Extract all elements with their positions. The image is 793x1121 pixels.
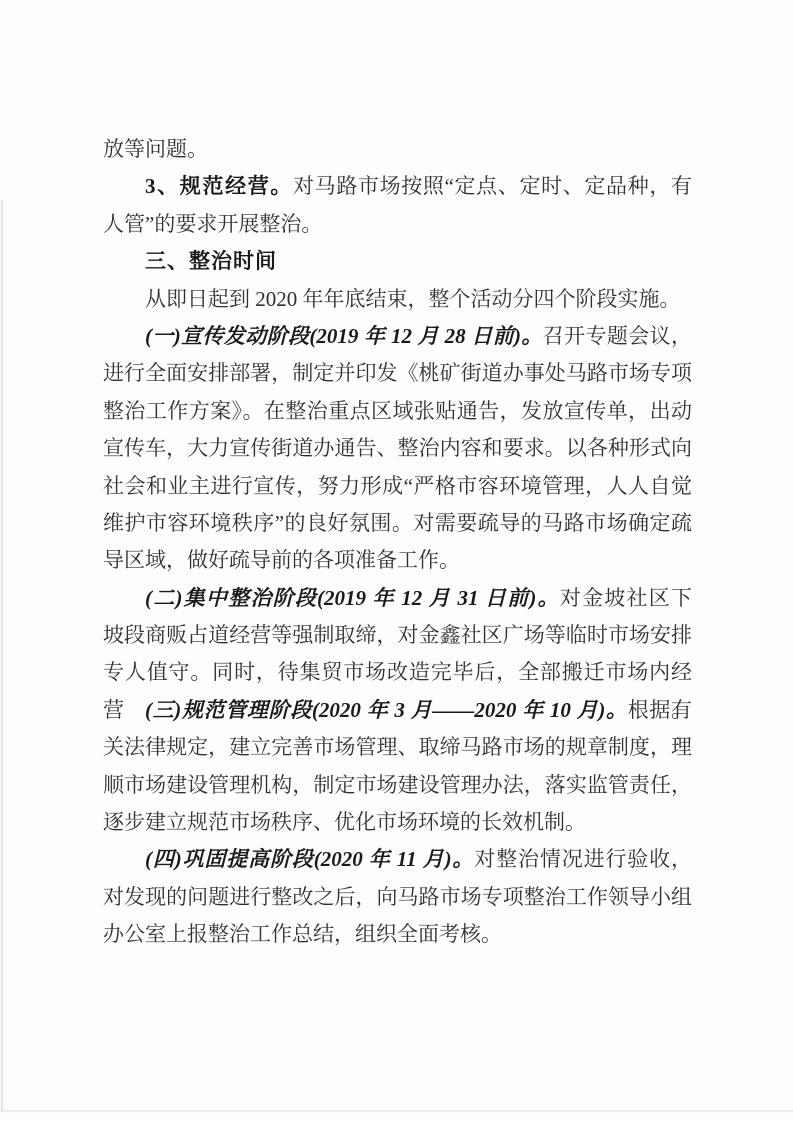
heading-segment: (二)集中整治阶段(2019 年 12 月 31 日前)。 — [145, 586, 560, 610]
text-segment: 逐步建立规范市场秩序、优化市场环境的长效机制。 — [103, 810, 586, 834]
text-segment: 宣传车，大力宣传街道办通告、整治内容和要求。以各种形式向 — [103, 436, 692, 460]
text-line: 从即日起到 2020 年年底结束，整个活动分四个阶段实施。 — [103, 281, 692, 318]
text-segment: 从即日起到 2020 年年底结束，整个活动分四个阶段实施。 — [145, 287, 681, 311]
text-line: 专人值守。同时，待集贸市场改造完毕后，全部搬迁市场内经营。 — [103, 654, 692, 691]
text-segment: 进行全面安排部署，制定并印发《桃矿街道办事处马路市场专项 — [103, 361, 692, 385]
text-line: (四)巩固提高阶段(2020 年 11 月)。对整治情况进行验收， — [103, 841, 692, 878]
heading-segment: 三、整治时间 — [145, 249, 277, 273]
text-line: 坡段商贩占道经营等强制取缔，对金鑫社区广场等临时市场安排 — [103, 617, 692, 654]
text-segment: 办公室上报整治工作总结，组织全面考核。 — [103, 922, 502, 946]
text-line: 放等问题。 — [103, 131, 692, 168]
text-segment: 社会和业主进行宣传，努力形成“严格市容环境管理，人人自觉 — [103, 474, 692, 498]
text-segment: 维护市容环境秩序”的良好氛围。对需要疏导的马路市场确定疏 — [103, 511, 692, 535]
text-segment: 对发现的问题进行整改之后，向马路市场专项整治工作领导小组 — [103, 885, 692, 909]
text-line: 关法律规定，建立完善市场管理、取缔马路市场的规章制度，理 — [103, 729, 692, 766]
text-segment: 顺市场建设管理机构，制定市场建设管理办法，落实监管责任， — [103, 773, 692, 797]
text-segment: 关法律规定，建立完善市场管理、取缔马路市场的规章制度，理 — [103, 735, 692, 759]
text-line: 宣传车，大力宣传街道办通告、整治内容和要求。以各种形式向 — [103, 430, 692, 467]
text-line: 逐步建立规范市场秩序、优化市场环境的长效机制。 — [103, 804, 692, 841]
text-segment: 坡段商贩占道经营等强制取缔，对金鑫社区广场等临时市场安排 — [103, 623, 692, 647]
text-line: 导区域，做好疏导前的各项准备工作。 — [103, 542, 692, 579]
text-line: 人管”的要求开展整治。 — [103, 206, 692, 243]
text-line: (三)规范管理阶段(2020 年 3 月——2020 年 10 月)。根据有 — [103, 692, 692, 729]
text-line: 社会和业主进行宣传，努力形成“严格市容环境管理，人人自觉 — [103, 468, 692, 505]
text-line: 顺市场建设管理机构，制定市场建设管理办法，落实监管责任， — [103, 767, 692, 804]
text-segment: 人管”的要求开展整治。 — [103, 212, 322, 236]
text-line: 维护市容环境秩序”的良好氛围。对需要疏导的马路市场确定疏 — [103, 505, 692, 542]
text-segment: 根据有 — [628, 698, 692, 722]
heading-segment: (三)规范管理阶段(2020 年 3 月——2020 年 10 月)。 — [145, 698, 628, 722]
heading-segment: 3、规范经营。 — [145, 174, 293, 198]
text-line: (一)宣传发动阶段(2019 年 12 月 28 日前)。召开专题会议， — [103, 318, 692, 355]
text-line: 进行全面安排部署，制定并印发《桃矿街道办事处马路市场专项 — [103, 355, 692, 392]
text-segment: 导区域，做好疏导前的各项准备工作。 — [103, 548, 460, 572]
text-segment: 对金坡社区下 — [560, 586, 692, 610]
scanned-document-page: 放等问题。3、规范经营。对马路市场按照“定点、定时、定品种，有人管”的要求开展整… — [0, 0, 793, 1121]
scan-bottom-edge-artifact — [0, 1110, 793, 1112]
text-line: 三、整治时间 — [103, 243, 692, 280]
text-line: 办公室上报整治工作总结，组织全面考核。 — [103, 916, 692, 953]
text-line: 3、规范经营。对马路市场按照“定点、定时、定品种，有 — [103, 168, 692, 205]
scan-left-edge-artifact — [1, 200, 3, 1112]
text-line: 对发现的问题进行整改之后，向马路市场专项整治工作领导小组 — [103, 879, 692, 916]
text-line: 整治工作方案》。在整治重点区域张贴通告，发放宣传单，出动 — [103, 393, 692, 430]
text-line: (二)集中整治阶段(2019 年 12 月 31 日前)。对金坡社区下 — [103, 580, 692, 617]
text-segment: 整治工作方案》。在整治重点区域张贴通告，发放宣传单，出动 — [103, 399, 692, 423]
text-segment: 对马路市场按照“定点、定时、定品种，有 — [293, 174, 692, 198]
text-segment: 放等问题。 — [103, 137, 208, 161]
heading-segment: (一)宣传发动阶段(2019 年 12 月 28 日前)。 — [145, 324, 543, 348]
document-body: 放等问题。3、规范经营。对马路市场按照“定点、定时、定品种，有人管”的要求开展整… — [103, 131, 692, 954]
text-segment: 召开专题会议， — [543, 324, 692, 348]
heading-segment: (四)巩固提高阶段(2020 年 11 月)。 — [145, 847, 474, 871]
text-segment: 对整治情况进行验收， — [474, 847, 692, 871]
